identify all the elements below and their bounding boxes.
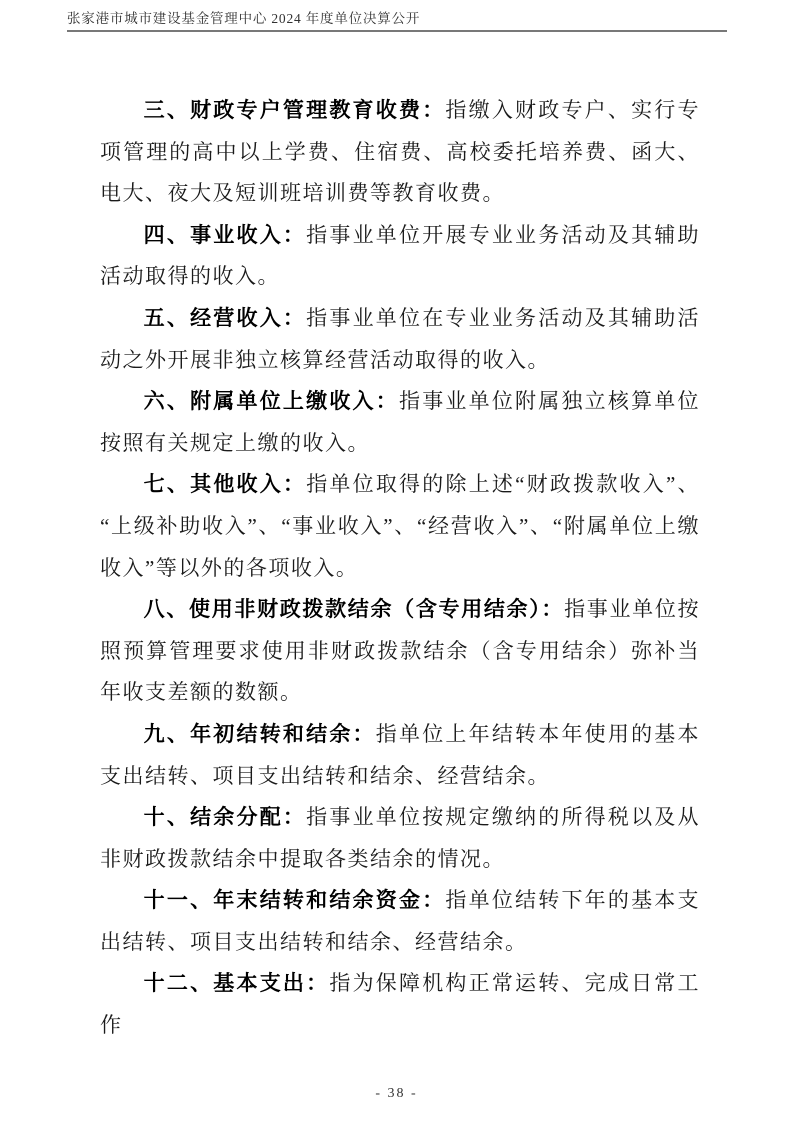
document-body: 三、财政专户管理教育收费：指缴入财政专户、实行专项管理的高中以上学费、住宿费、高… — [100, 90, 700, 1047]
term-label: 七、其他收入： — [144, 472, 307, 496]
term-label: 九、年初结转和结余： — [144, 722, 376, 746]
paragraph-definition-7: 七、其他收入：指单位取得的除上述“财政拨款收入”、“上级补助收入”、“事业收入”… — [100, 464, 700, 589]
page-footer: - 38 - — [0, 1086, 793, 1102]
term-label: 六、附属单位上缴收入： — [144, 389, 399, 413]
paragraph-definition-5: 五、经营收入：指事业单位在专业业务活动及其辅助活动之外开展非独立核算经营活动取得… — [100, 298, 700, 381]
paragraph-definition-11: 十一、年末结转和结余资金：指单位结转下年的基本支出结转、项目支出结转和结余、经营… — [100, 880, 700, 963]
term-label: 八、使用非财政拨款结余（含专用结余）： — [144, 597, 564, 621]
term-label: 五、经营收入： — [144, 306, 306, 330]
term-label: 十、结余分配： — [144, 805, 306, 829]
term-label: 十二、基本支出： — [144, 971, 330, 995]
page-number: - 38 - — [375, 1086, 417, 1101]
paragraph-definition-4: 四、事业收入：指事业单位开展专业业务活动及其辅助活动取得的收入。 — [100, 215, 700, 298]
paragraph-definition-6: 六、附属单位上缴收入：指事业单位附属独立核算单位按照有关规定上缴的收入。 — [100, 381, 700, 464]
page-header: 张家港市城市建设基金管理中心 2024 年度单位决算公开 — [67, 11, 727, 32]
paragraph-definition-10: 十、结余分配：指事业单位按规定缴纳的所得税以及从非财政拨款结余中提取各类结余的情… — [100, 797, 700, 880]
paragraph-definition-12: 十二、基本支出：指为保障机构正常运转、完成日常工作 — [100, 963, 700, 1046]
paragraph-definition-8: 八、使用非财政拨款结余（含专用结余）：指事业单位按照预算管理要求使用非财政拨款结… — [100, 589, 700, 714]
term-label: 三、财政专户管理教育收费： — [144, 98, 446, 122]
document-page: 张家港市城市建设基金管理中心 2024 年度单位决算公开 三、财政专户管理教育收… — [0, 0, 793, 1122]
paragraph-definition-3: 三、财政专户管理教育收费：指缴入财政专户、实行专项管理的高中以上学费、住宿费、高… — [100, 90, 700, 215]
paragraph-definition-9: 九、年初结转和结余：指单位上年结转本年使用的基本支出结转、项目支出结转和结余、经… — [100, 714, 700, 797]
term-label: 四、事业收入： — [144, 223, 306, 247]
header-title: 张家港市城市建设基金管理中心 2024 年度单位决算公开 — [67, 11, 420, 26]
term-label: 十一、年末结转和结余资金： — [144, 888, 446, 912]
